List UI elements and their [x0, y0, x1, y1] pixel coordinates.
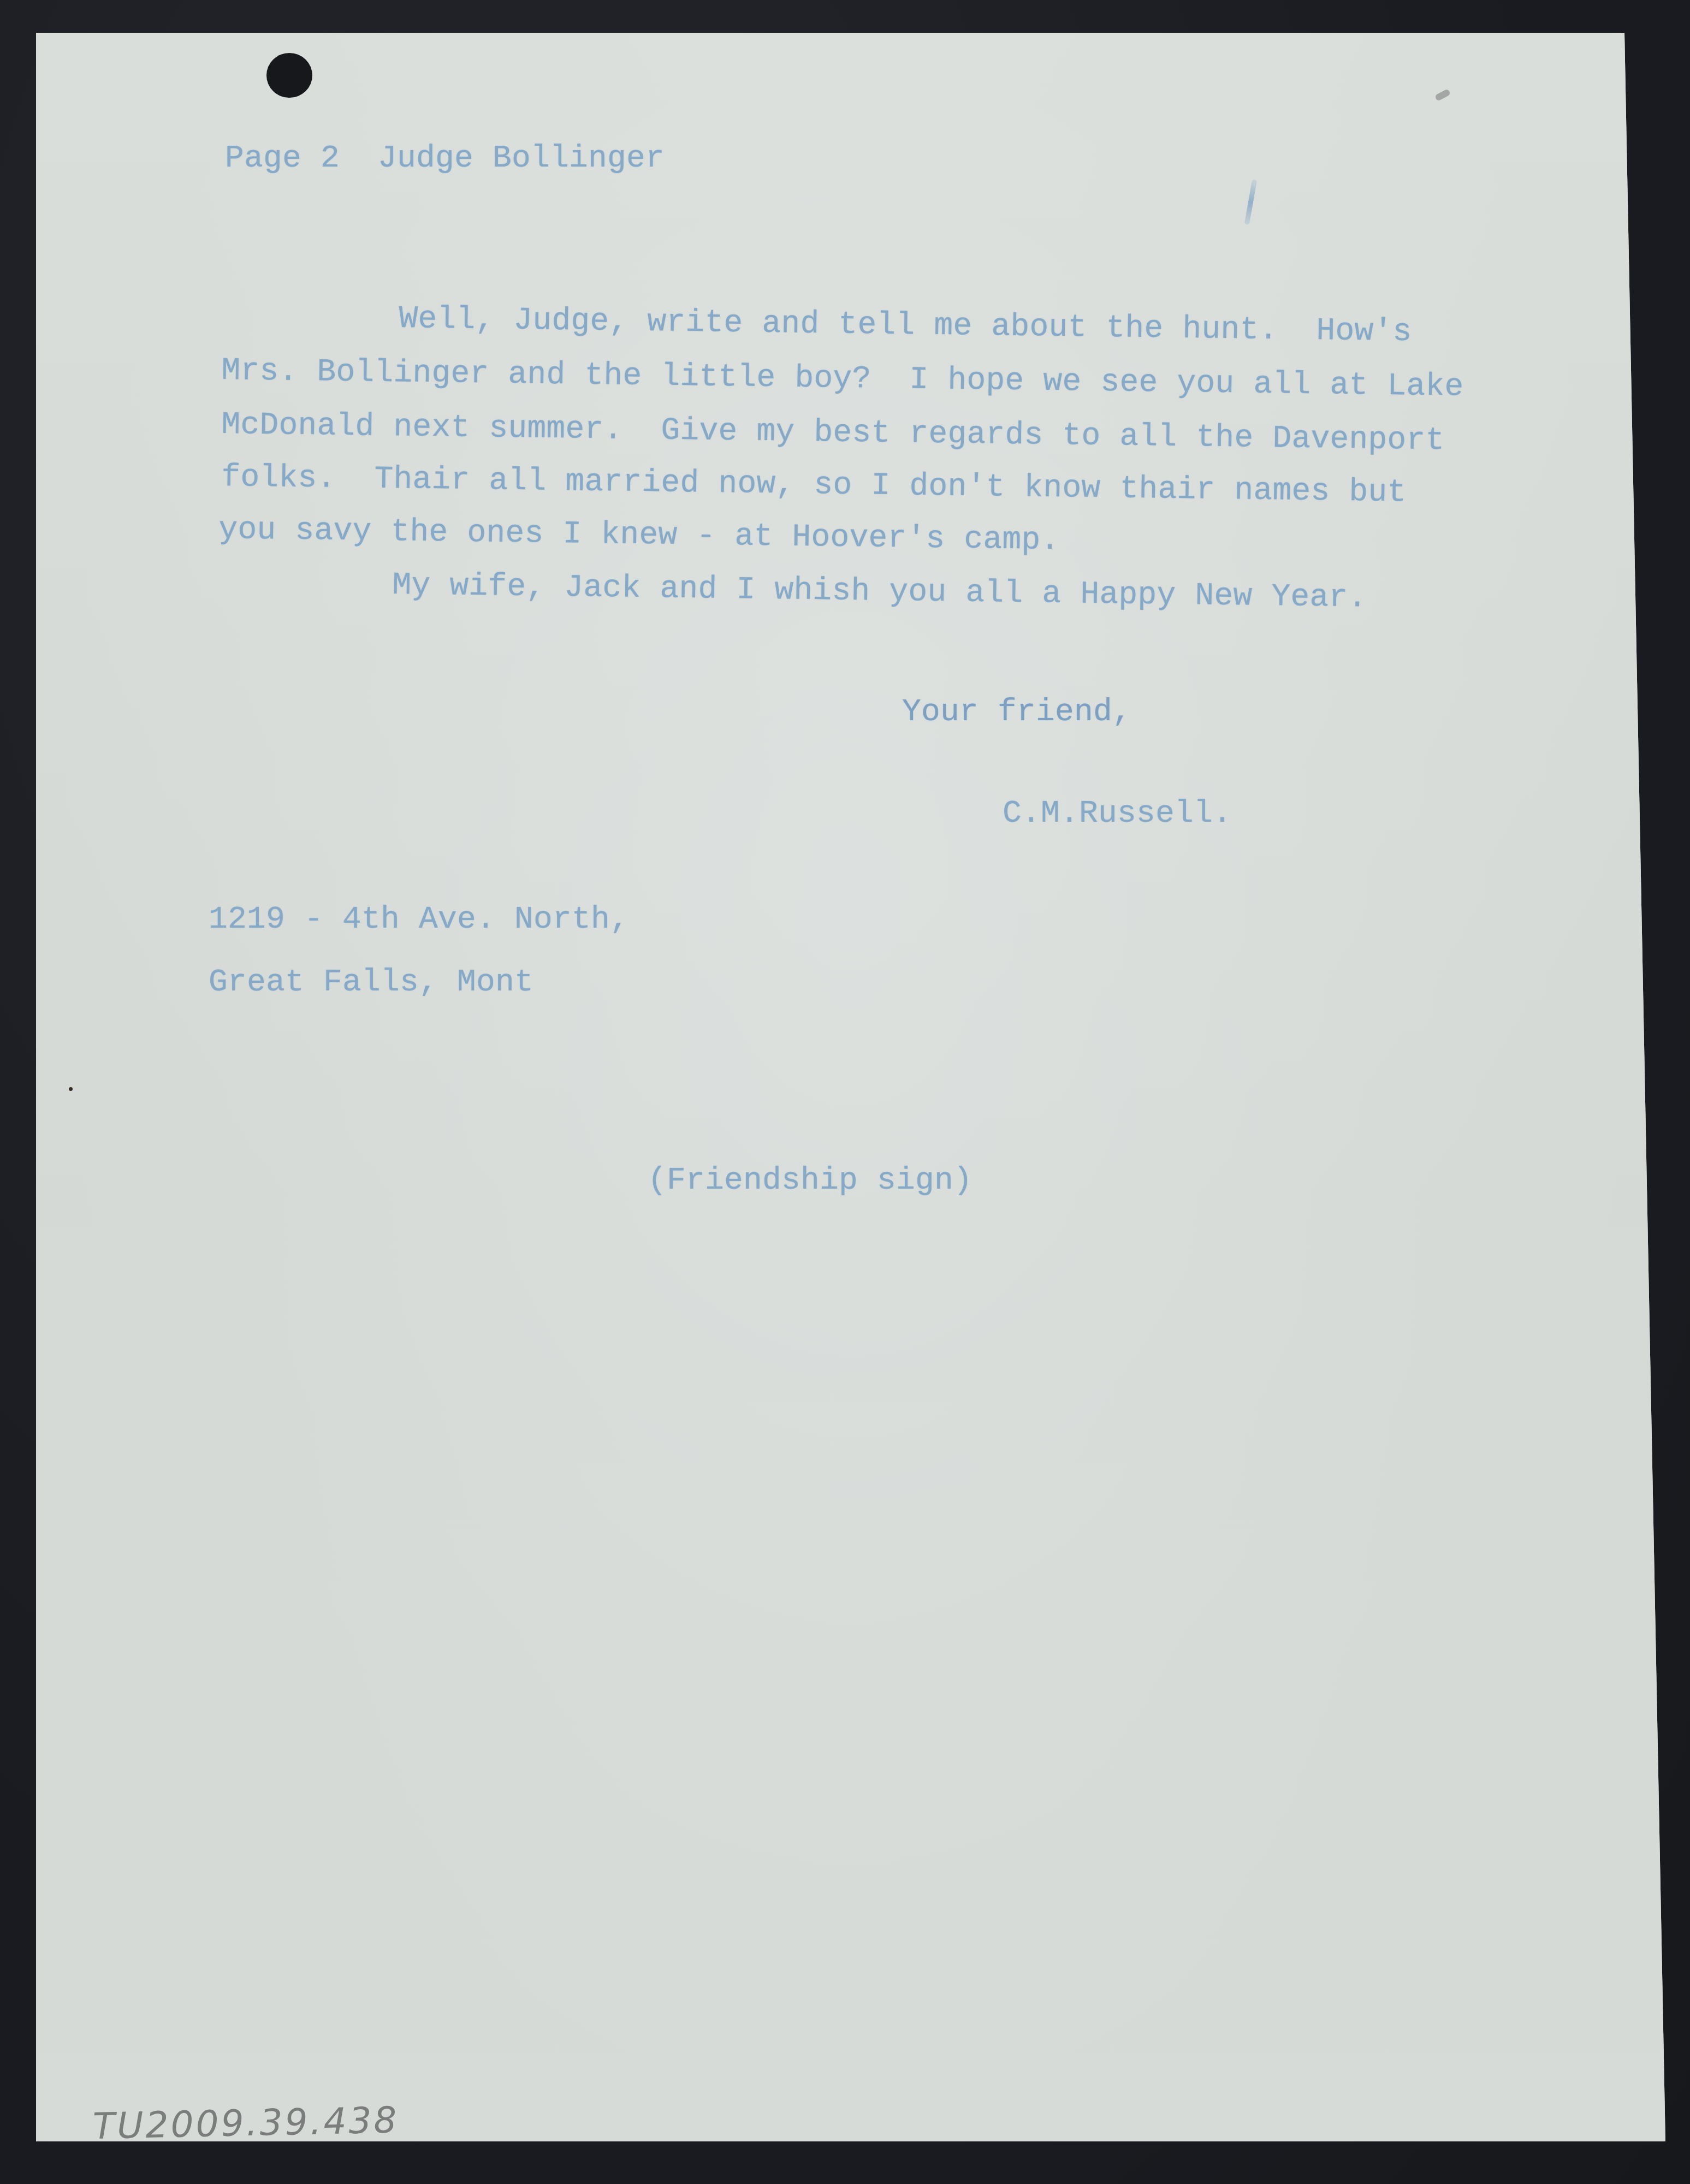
address-line-1: 1219 - 4th Ave. North,: [209, 904, 629, 936]
address-line-2: Great Falls, Mont: [209, 967, 533, 999]
friendship-sign-note: (Friendship sign): [648, 1165, 973, 1197]
paper-speck: [69, 1087, 73, 1091]
catalog-number: TU2009.39.438: [92, 2099, 399, 2147]
letter-page: [36, 33, 1665, 2141]
typed-signature: C.M.Russell.: [1003, 798, 1232, 830]
closing-salutation: Your friend,: [902, 697, 1131, 728]
page-header: Page 2 Judge Bollinger: [225, 143, 665, 175]
punch-hole: [266, 53, 312, 98]
